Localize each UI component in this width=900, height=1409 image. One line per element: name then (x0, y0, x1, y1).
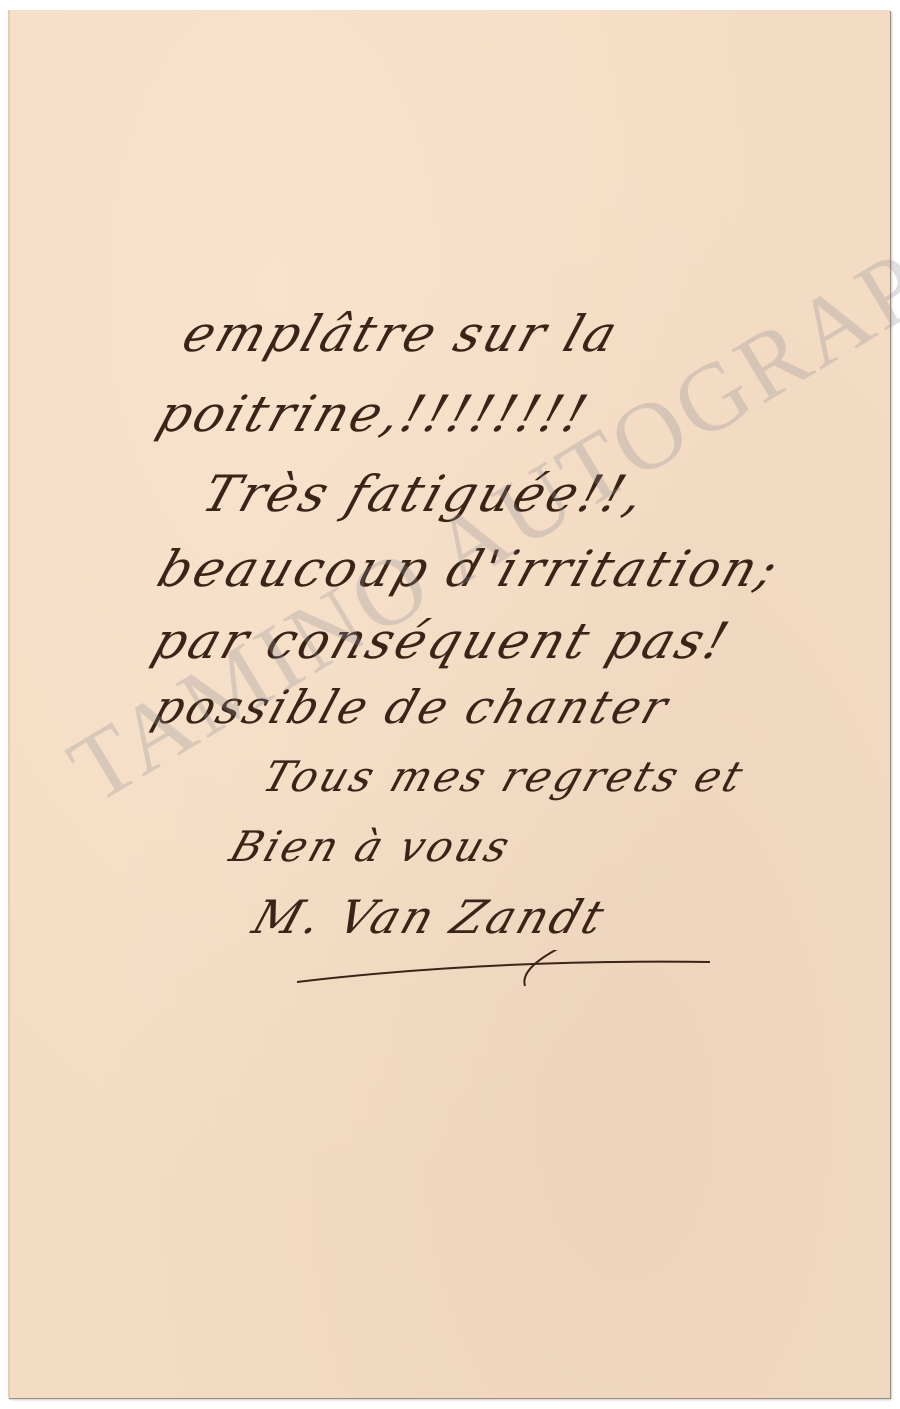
letter-paper: emplâtre sur la poitrine,!!!!!!!! Très f… (8, 10, 890, 1398)
handwritten-line-1: emplâtre sur la (176, 305, 628, 363)
signature-flourish-icon (295, 950, 715, 990)
handwritten-line-7: Tous mes regrets et (257, 752, 752, 801)
handwritten-closing: Bien à vous (224, 822, 518, 871)
handwritten-line-2: poitrine,!!!!!!!! (151, 385, 597, 443)
signature: M. Van Zandt (246, 890, 614, 944)
